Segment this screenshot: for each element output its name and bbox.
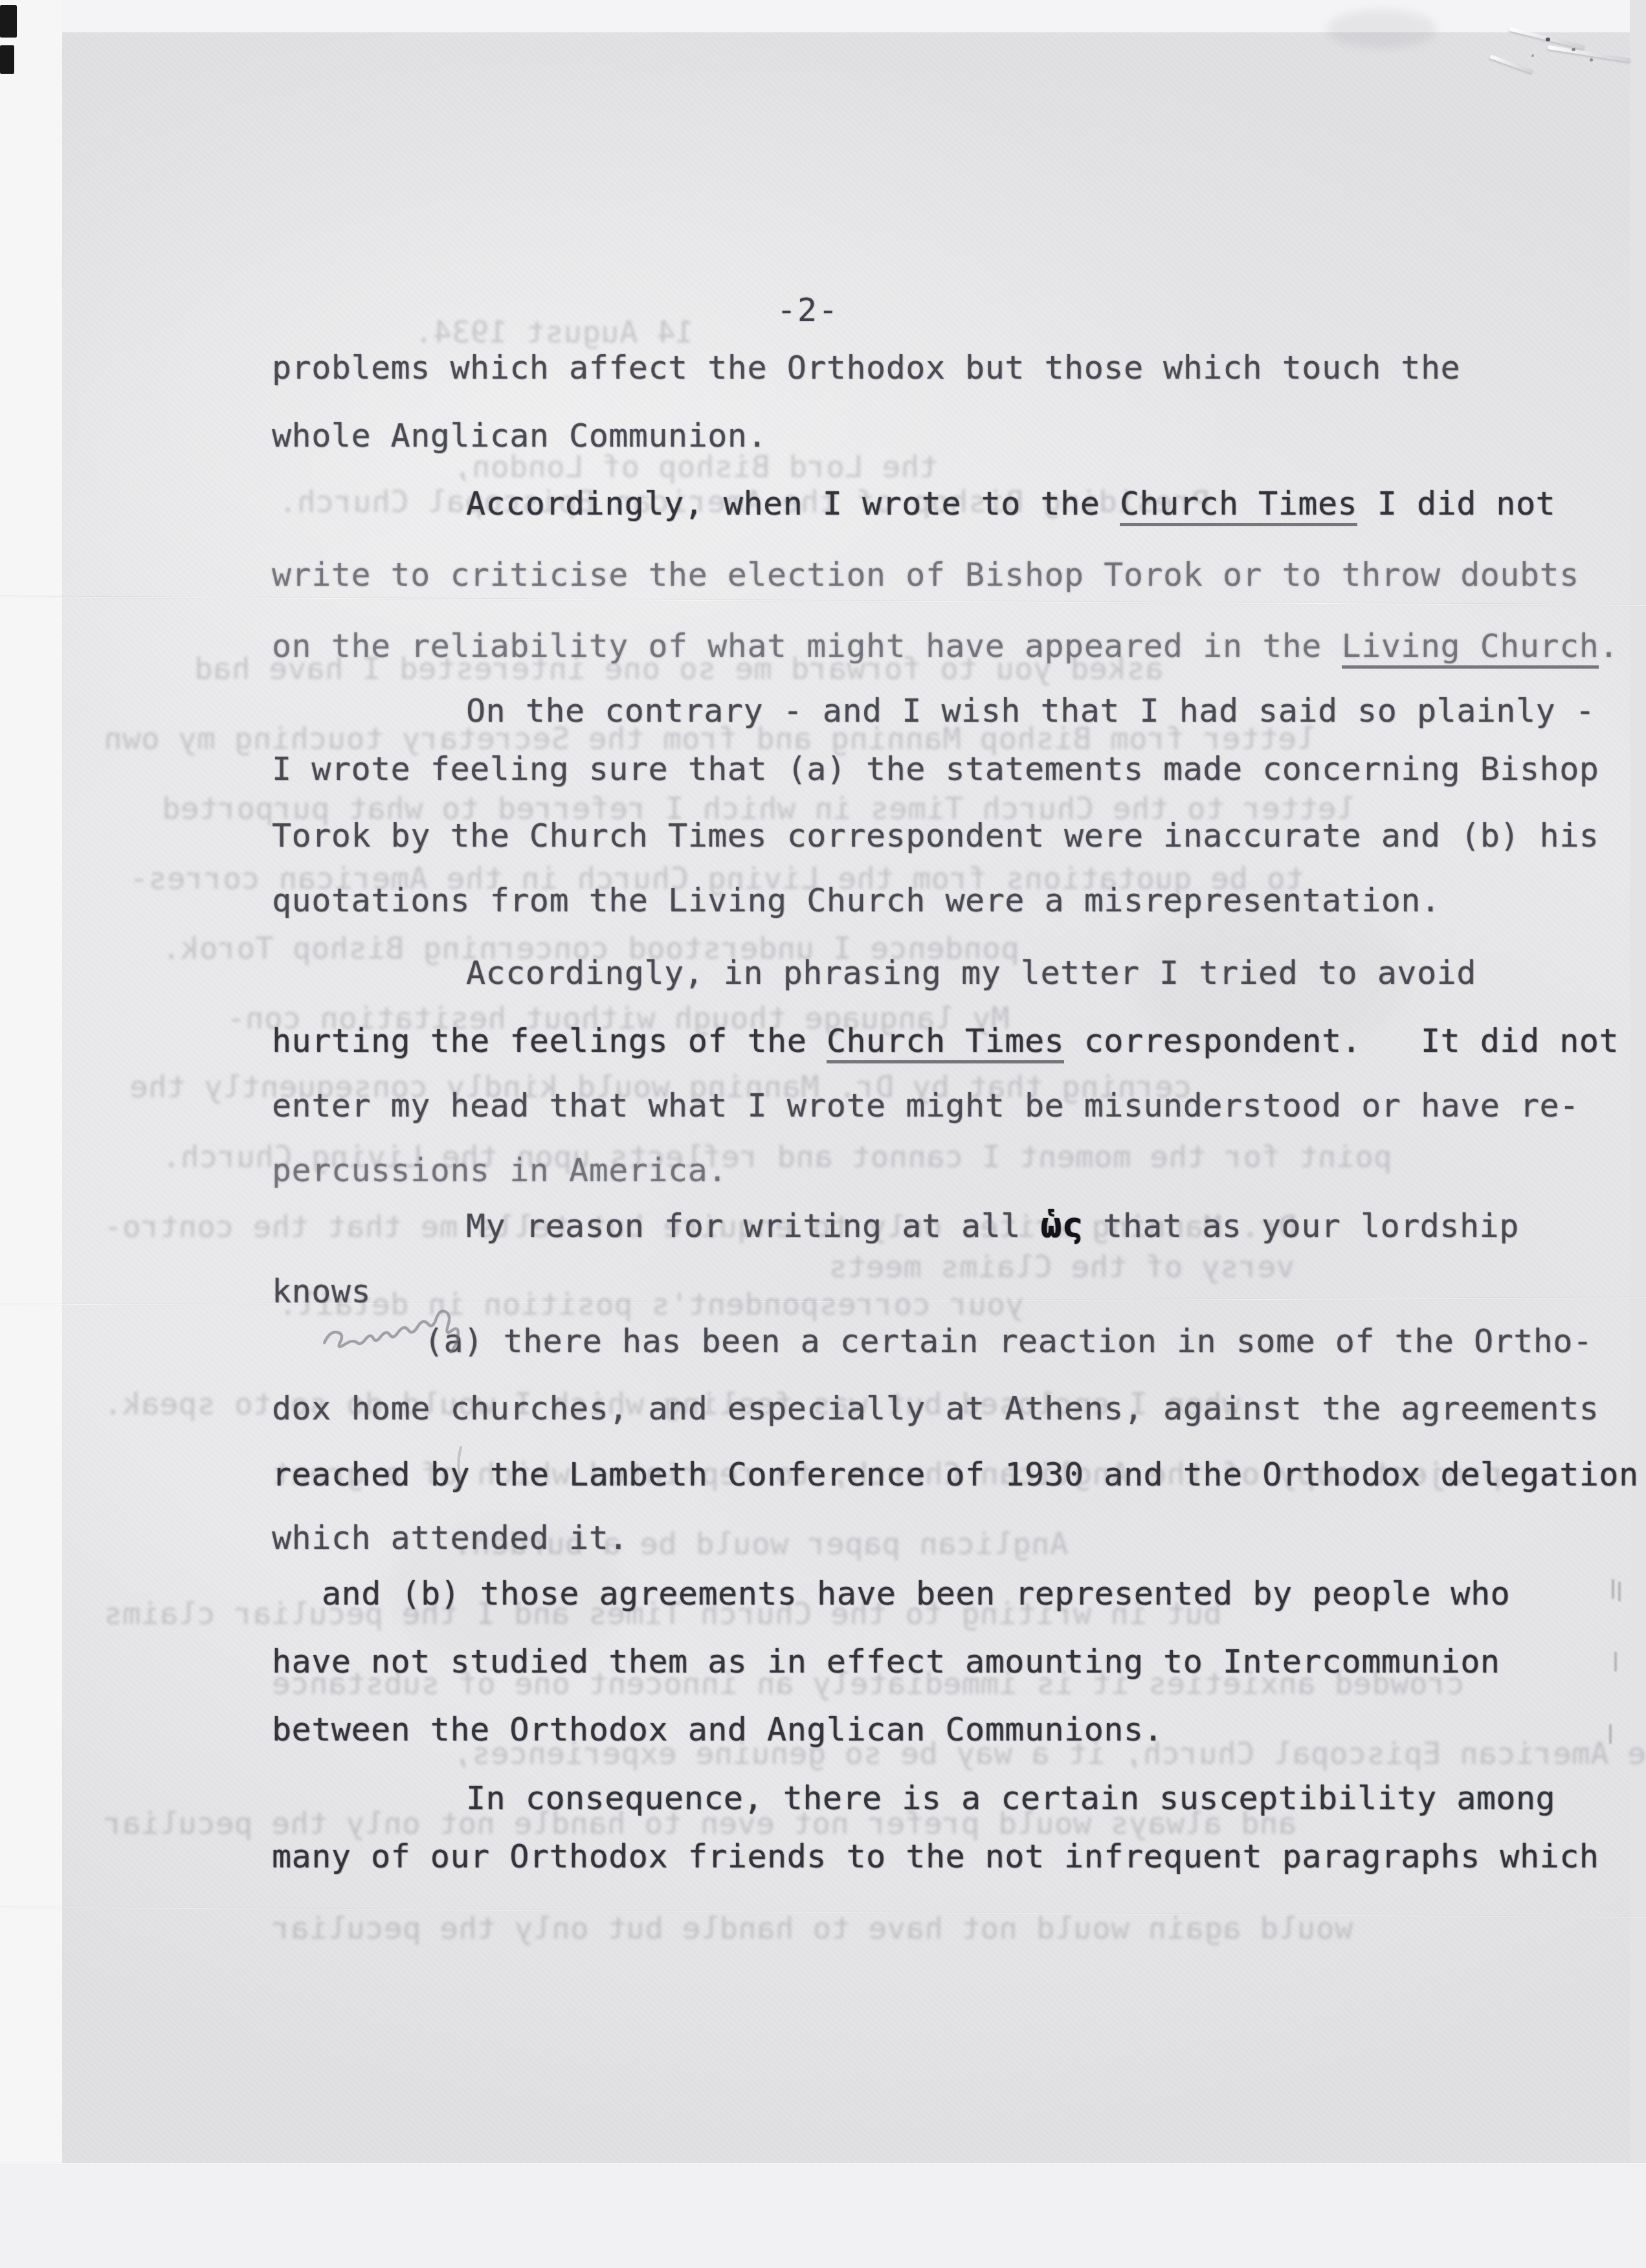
typed-text: reached by the Lambeth Conference of 193… <box>272 1456 1639 1493</box>
typed-line: enter my head that what I wrote might be… <box>272 1086 1579 1125</box>
typed-text: problems which affect the Orthodox but t… <box>272 349 1460 386</box>
underlined-text: Living Church <box>1342 627 1599 669</box>
typed-line: problems which affect the Orthodox but t… <box>272 348 1460 387</box>
typed-text: between the Orthodox and Anglican Commun… <box>272 1711 1163 1748</box>
typed-text: Accordingly, when I wrote to the <box>466 485 1120 522</box>
typed-text: . <box>1599 627 1619 665</box>
typed-text: dox home churches, and especially at Ath… <box>272 1390 1599 1427</box>
typed-text: quotations from the Living Church were a… <box>272 882 1441 919</box>
scanned-letter-page: { "page": { "number_label": "-2-", "desc… <box>0 0 1646 2268</box>
typed-text: I did not <box>1357 485 1555 522</box>
typed-line: and (b) those agreements have been repre… <box>322 1574 1510 1613</box>
typed-line: I wrote feeling sure that (a) the statem… <box>272 750 1599 788</box>
margin-tick <box>1609 1724 1612 1744</box>
typed-line: Accordingly, in phrasing my letter I tri… <box>466 953 1476 992</box>
typed-line: which attended it. <box>272 1518 628 1557</box>
underlined-text: Church Times <box>1120 485 1357 526</box>
typed-text: correspondent. It did not <box>1064 1022 1619 1060</box>
typed-text: many of our Orthodox friends to the not … <box>272 1838 1599 1875</box>
typed-line: (a) there has been a certain reaction in… <box>424 1322 1593 1361</box>
typed-line: hurting the feelings of the Church Times… <box>272 1021 1619 1060</box>
typed-text: In consequence, there is a certain susce… <box>466 1779 1555 1817</box>
typed-text: and (b) those agreements have been repre… <box>322 1575 1510 1612</box>
typed-line: Torok by the Church Times correspondent … <box>272 816 1599 855</box>
typed-line: whole Anglican Communion. <box>272 416 767 455</box>
typed-text: Torok by the Church Times correspondent … <box>272 817 1599 854</box>
typed-line: In consequence, there is a certain susce… <box>466 1779 1555 1818</box>
handwritten-stray-mark <box>447 1443 473 1495</box>
typed-line: reached by the Lambeth Conference of 193… <box>272 1455 1639 1494</box>
typed-text: write to criticise the election of Bisho… <box>272 556 1579 594</box>
typed-text: (a) there has been a certain reaction in… <box>424 1322 1593 1360</box>
typed-line: On the contrary - and I wish that I had … <box>466 691 1595 730</box>
margin-tick <box>1618 1582 1621 1601</box>
typed-line: write to criticise the election of Bisho… <box>272 555 1579 594</box>
typed-line: My reason for writing at all ὡς that as … <box>466 1206 1519 1245</box>
typed-line: many of our Orthodox friends to the not … <box>272 1837 1599 1876</box>
typed-line: percussions in America. <box>272 1151 728 1190</box>
typed-text: enter my head that what I wrote might be… <box>272 1087 1579 1124</box>
typed-line: quotations from the Living Church were a… <box>272 881 1441 920</box>
typed-text: whole Anglican Communion. <box>272 417 767 454</box>
typed-line: Accordingly, when I wrote to the Church … <box>466 484 1555 523</box>
page-number: -2- <box>777 291 839 329</box>
underlined-text: Church Times <box>827 1022 1064 1063</box>
typed-text: on the reliability of what might have ap… <box>272 627 1342 665</box>
typed-text: Accordingly, in phrasing my letter I tri… <box>466 954 1476 992</box>
typed-text: I wrote feeling sure that (a) the statem… <box>272 750 1599 788</box>
typed-line: between the Orthodox and Anglican Commun… <box>272 1710 1163 1749</box>
typed-text: On the contrary - and I wish that I had … <box>466 692 1595 729</box>
typed-text: which attended it. <box>272 1519 628 1557</box>
typed-line: on the reliability of what might have ap… <box>272 627 1619 665</box>
typed-text: have not studied them as in effect amoun… <box>272 1643 1500 1680</box>
overstruck-text: ὡς <box>1040 1205 1083 1245</box>
margin-tick <box>1614 1652 1617 1671</box>
typed-text: My reason for writing at all <box>466 1207 1040 1245</box>
typed-line: have not studied them as in effect amoun… <box>272 1642 1500 1681</box>
typed-line: dox home churches, and especially at Ath… <box>272 1389 1599 1428</box>
typed-text-layer: -2- problems which affect the Orthodox b… <box>0 0 1646 2268</box>
typed-text: hurting the feelings of the <box>272 1022 827 1060</box>
typed-text: percussions in America. <box>272 1151 728 1189</box>
margin-tick <box>1612 1579 1614 1599</box>
typed-text: that as your lordship <box>1084 1207 1519 1245</box>
